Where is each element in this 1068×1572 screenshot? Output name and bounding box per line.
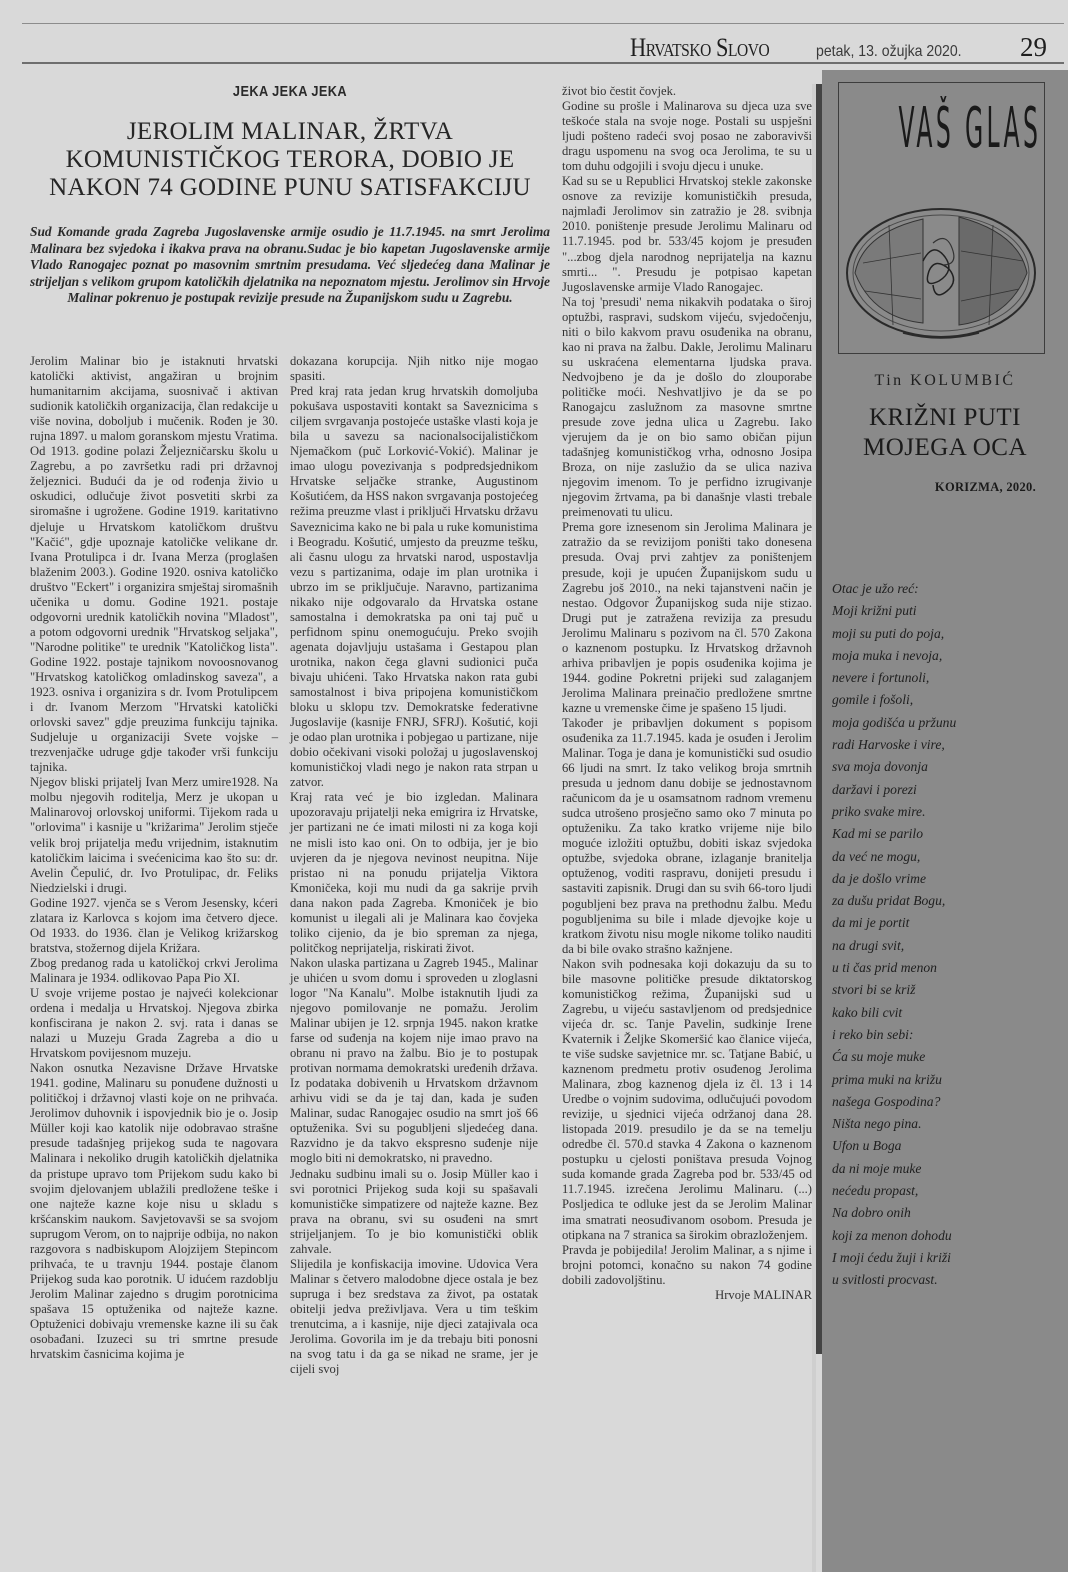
book-title-line-1: KRIŽNI PUTI — [822, 403, 1068, 433]
poem-line: u svitlosti procvast. — [832, 1269, 956, 1291]
poem-line: sva moja dovonja — [832, 756, 956, 778]
paragraph: U svoje vrijeme postao je najveći kolekc… — [30, 986, 278, 1061]
paragraph: Godine 1927. vjenča se s Verom Jesensky,… — [30, 896, 278, 956]
masthead: Hrvatsko Slovo petak, 13. ožujka 2020. 2… — [630, 32, 1060, 60]
poem-line: u ti čas prid menon — [832, 957, 956, 979]
poem-line: moja muka i nevoja, — [832, 645, 956, 667]
poem-line: da mi je portit — [832, 912, 956, 934]
article: JEKA JEKA JEKA JEROLIM MALINAR, ŽRTVA KO… — [30, 78, 810, 307]
poem-line: da je došlo vrime — [832, 868, 956, 890]
paragraph: dokazana korupcija. Njih nitko nije moga… — [290, 354, 538, 384]
poem-line: kako bili cvit — [832, 1002, 956, 1024]
page-number: 29 — [1020, 32, 1047, 63]
top-rule — [22, 23, 1064, 24]
poem-line: daržavi i porezi — [832, 779, 956, 801]
section-kicker: JEKA JEKA JEKA — [69, 83, 511, 100]
article-headline: JEROLIM MALINAR, ŽRTVA KOMUNISTIČKOG TER… — [30, 118, 550, 202]
book-edition-date: KORIZMA, 2020. — [935, 480, 1036, 495]
poem-line: koji za menon dohodu — [832, 1225, 956, 1247]
paragraph: Nakon osnutka Nezavisne Države Hrvatske … — [30, 1061, 278, 1362]
poem-line: Ća su moje muke — [832, 1046, 956, 1068]
paragraph: život bio čestit čovjek. — [562, 84, 812, 99]
poem-line: Moji križni puti — [832, 600, 956, 622]
poem-line: prima muki na križu — [832, 1069, 956, 1091]
cover-frame: VAŠ GLAS — [838, 82, 1045, 354]
series-title: VAŠ GLAS — [898, 101, 984, 157]
article-column-3: život bio čestit čovjek. Godine su prošl… — [562, 84, 812, 1303]
paragraph: Pravda je pobijedila! Jerolim Malinar, a… — [562, 1243, 812, 1288]
paragraph: Godine su prošle i Malinarova su djeca u… — [562, 99, 812, 174]
book-cover-sidebar: VAŠ GLAS Tin KOLUMBIĆ KRIŽNI PUTI MOJEGA… — [822, 70, 1068, 1572]
paragraph: Kad su se u Republici Hrvatskoj stekle z… — [562, 174, 812, 294]
poem-line: radi Harvoske i vire, — [832, 734, 956, 756]
article-lead: Sud Komande grada Zagreba Jugoslavenske … — [30, 224, 550, 307]
paragraph: Kraj rata već je bio izgledan. Malinara … — [290, 790, 538, 956]
poem-line: priko svake mire. — [832, 801, 956, 823]
book-title: KRIŽNI PUTI MOJEGA OCA — [822, 403, 1068, 463]
poem-line: stvori bi se križ — [832, 979, 956, 1001]
poem-line: nevere i fortunoli, — [832, 667, 956, 689]
poem-line: moji su puti do poja, — [832, 623, 956, 645]
poem-line: Otac je užo reć: — [832, 578, 956, 600]
poem-line: na drugi svit, — [832, 935, 956, 957]
paragraph: Zbog predanog rada u katoličkoj crkvi Je… — [30, 956, 278, 986]
book-title-line-2: MOJEGA OCA — [822, 433, 1068, 463]
paragraph: Pred kraj rata jedan krug hrvatskih domo… — [290, 384, 538, 790]
issue-date: petak, 13. ožujka 2020. — [816, 43, 983, 61]
newspaper-name: Hrvatsko Slovo — [630, 33, 776, 63]
paragraph: Također je pribavljen dokument s popisom… — [562, 716, 812, 957]
poem-line: da već ne mogu, — [832, 846, 956, 868]
paragraph: Nakon ulaska partizana u Zagreb 1945., M… — [290, 956, 538, 1167]
poem-line: Na dobro onih — [832, 1202, 956, 1224]
poem: Otac je užo reć:Moji križni putimoji su … — [832, 578, 956, 1292]
poem-line: Ništa nego pina. — [832, 1113, 956, 1135]
paragraph: Slijedila je konfiskacija imovine. Udovi… — [290, 1257, 538, 1377]
poem-line: Ufon u Boga — [832, 1135, 956, 1157]
poem-line: našega Gospodina? — [832, 1091, 956, 1113]
article-body: Jerolim Malinar bio je istaknuti hrvatsk… — [30, 354, 538, 1377]
paragraph: Njegov bliski prijatelj Ivan Merz umire1… — [30, 775, 278, 895]
paragraph: Jerolim Malinar bio je istaknuti hrvatsk… — [30, 354, 278, 775]
paragraph: Jednaku sudbinu imali su o. Josip Müller… — [290, 1167, 538, 1257]
globe-emblem-icon — [843, 203, 1039, 343]
author-signature: Hrvoje MALINAR — [562, 1288, 812, 1303]
book-author: Tin KOLUMBIĆ — [822, 372, 1068, 390]
paragraph: Prema gore iznesenom sin Jerolima Malina… — [562, 520, 812, 716]
header-rule — [22, 62, 1064, 64]
article-column-2: dokazana korupcija. Njih nitko nije moga… — [290, 354, 538, 1377]
poem-line: gomile i fošoli, — [832, 689, 956, 711]
poem-line: Kad mi se parilo — [832, 823, 956, 845]
poem-line: i reko bin sebi: — [832, 1024, 956, 1046]
poem-line: za dušu pridat Bogu, — [832, 890, 956, 912]
poem-line: I moji ćedu žuji i križi — [832, 1247, 956, 1269]
poem-line: moja godišća u pržunu — [832, 712, 956, 734]
poem-line: da ni moje muke — [832, 1158, 956, 1180]
paragraph: Nakon svih podnesaka koji dokazuju da su… — [562, 957, 812, 1243]
poem-line: nećedu propast, — [832, 1180, 956, 1202]
article-column-1: Jerolim Malinar bio je istaknuti hrvatsk… — [30, 354, 278, 1377]
paragraph: Na toj 'presudi' nema nikakvih podataka … — [562, 295, 812, 521]
